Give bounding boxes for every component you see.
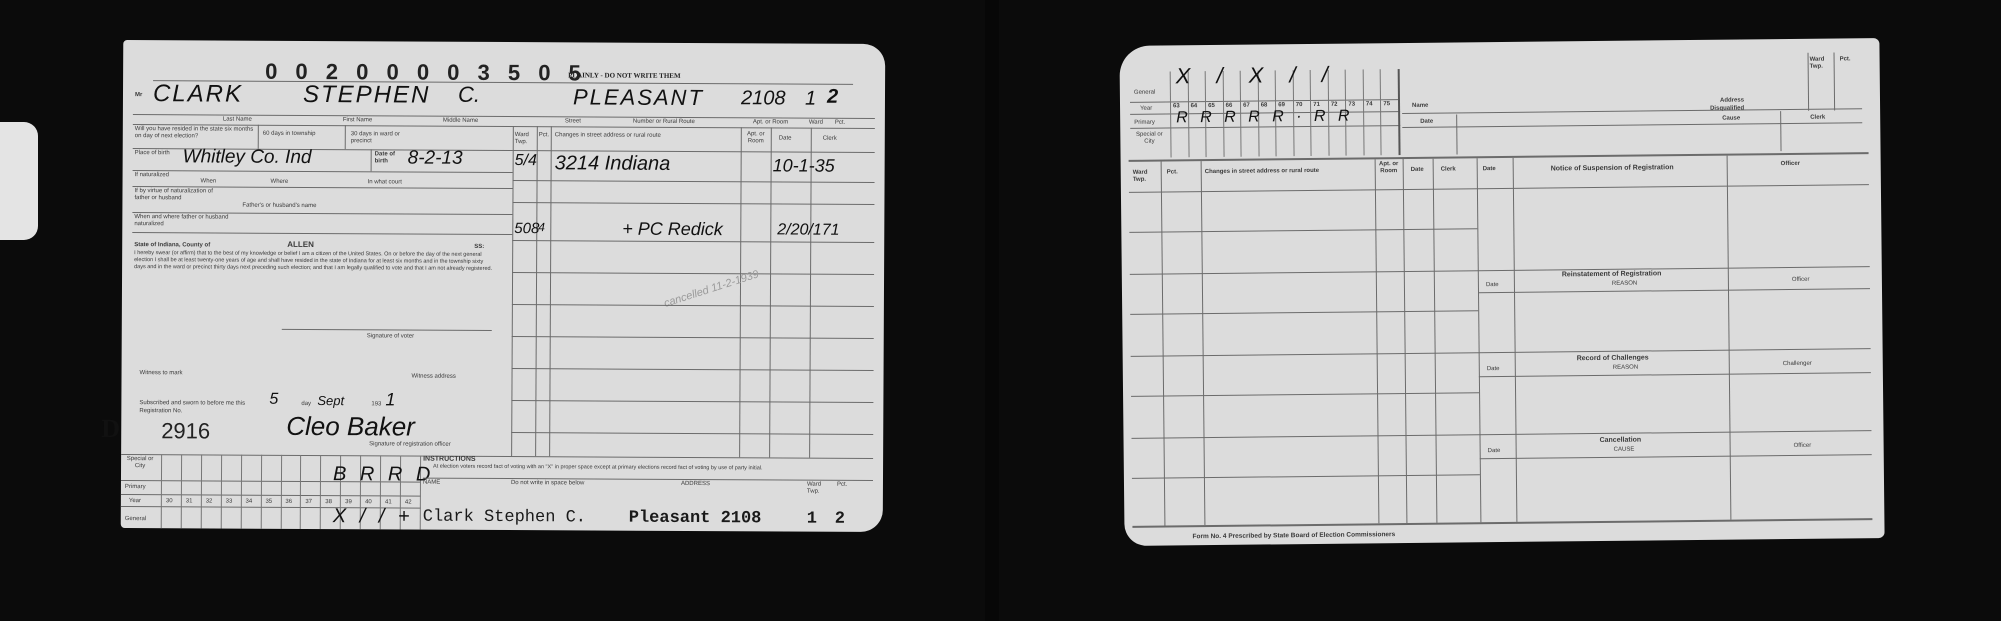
residence-ward-question: 30 days in ward or precinct [351,131,421,145]
cancellation-officer-label: Officer [1794,443,1812,450]
col-address: Changes in street address or rural route [555,132,739,140]
year-cell: 30 [161,454,181,528]
year-label: Year [1140,106,1152,113]
naturalized-where-label: Where [271,179,289,186]
general-marks: X / / + [333,505,414,528]
reinstatement-date-label: Date [1486,282,1499,289]
do-not-write-label: Do not write in space below [511,480,584,487]
cancellation-title: Cancellation [1600,437,1642,444]
date-label: Date [1420,119,1433,126]
year-value: 75 [1383,101,1390,108]
officer-signature: Cleo Baker [286,411,415,443]
apt-label: Apt. or Room [753,119,788,126]
year-cell: 32 [201,454,221,528]
general-marks: X / X / / [1176,62,1338,90]
col-pct: Pct. [1167,169,1178,176]
naturalized-court-label: In what court [368,179,402,186]
general-label: General [125,516,146,523]
registration-number: 2916 [161,418,210,444]
title-prefix: Mr [135,92,142,99]
year-value: 74 [1366,101,1373,108]
witness-mark-label: Witness to mark [140,370,183,377]
year-value: 37 [305,499,312,506]
subscribed-label: Subscribed and sworn to before me this [139,400,245,408]
challenger-label: Challenger [1783,361,1812,368]
year-cell: 33 [220,455,240,529]
year-cell: 36 [280,455,300,529]
typed-name: Clark Stephen C. [423,508,586,528]
year-cell: 37 [300,455,320,529]
middle-name-value: C. [458,82,480,108]
naturalized-label: If naturalized [135,172,195,179]
col-address: Changes in street address or rural route [1205,168,1319,176]
number-label: Number or Rural Route [633,119,695,126]
challenges-title: Record of Challenges [1577,354,1649,362]
col-apt: Apt. or Room [743,131,769,145]
col-clerk: Clerk [1441,166,1456,173]
pct-value: 2 [827,86,838,109]
challenges-reason-label: REASON [1613,365,1638,372]
year-value: 32 [206,498,213,505]
residence-state-question: Will you have resided in the state six m… [135,126,255,141]
father-name-label: Father's or husband's name [242,203,316,210]
table-row: 508 4 + PC Redick 2/20/171 [123,40,885,44]
suspension-officer-label: Officer [1781,161,1800,168]
cause-label: Cause [1722,115,1740,122]
year-value: 38 [325,499,332,506]
year-value: 36 [285,499,292,506]
header-note: PLAINLY - DO NOT WRITE THEM [568,71,681,81]
year-value: 30 [166,498,173,505]
row-ward: 5/4 [515,152,537,170]
year-value: 1 [385,389,395,410]
col-apt: Apt. or Room [1377,161,1401,175]
day-value: 5 [269,391,278,409]
pct-label: Pct. [835,120,845,127]
cancellation-date-label: Date [1488,448,1501,455]
registration-prefix: D [101,414,120,444]
general-label: General [1134,90,1155,97]
col-clerk: Clerk [823,136,837,143]
voter-signature-label: Signature of voter [367,333,414,340]
year-label: Year [129,498,141,505]
last-name-value: CLARK [153,80,243,108]
suspension-date-label: Date [1483,166,1496,173]
middle-name-label: Middle Name [443,118,478,125]
registration-card-back: General Year Primary Special or City 63 … [1119,38,1884,546]
birthplace-label: Place of birth [135,150,175,157]
birthdate-label: Date of birth [375,151,405,165]
reinstatement-officer-label: Officer [1792,277,1810,284]
registration-no-label: Registration No. [139,408,182,415]
address-label: Address [1720,97,1744,104]
county-value: ALLEN [287,241,314,248]
derivative-label: If by virtue of naturalization of father… [134,188,214,202]
registration-card-front: 0 0 2 0 0 0 0 3 5 0 5 PLAINLY - DO NOT W… [121,40,886,532]
month-value: Sept [317,393,344,408]
col-pct: Pct. [539,132,549,139]
first-name-value: STEPHEN [303,81,431,110]
reinstatement-title: Reinstatement of Registration [1562,270,1662,278]
ward-label: Ward Twp. [1810,57,1832,71]
row-address: + PC Redick [622,219,723,241]
birthdate-value: 8-2-13 [408,147,463,169]
typed-pct: 2 [835,510,845,529]
oath-state-county: State of Indiana, County of [134,242,210,249]
reinstatement-reason-label: REASON [1612,281,1637,288]
footer-address-label: ADDRESS [681,481,710,488]
instructions-title: INSTRUCTIONS [423,456,476,463]
row-date: 2/20/171 [777,221,839,239]
primary-label: Primary [1134,120,1155,127]
year-cell: 35 [260,455,280,529]
row-pct: 4 [538,220,545,234]
father-naturalized-label: When and where father or husband natural… [134,214,244,229]
first-name-label: First Name [343,117,372,124]
day-label: day [301,401,311,408]
footer-pct-label: Pct. [837,482,847,489]
witness-address-label: Witness address [412,374,456,381]
frame-divider [985,0,999,621]
ward-value: 1 [805,88,816,111]
suspension-title: Notice of Suspension of Registration [1551,164,1674,172]
year-value: 35 [265,499,272,506]
year-value: 34 [246,499,253,506]
col-date: Date [779,135,792,142]
typed-address: Pleasant 2108 [629,509,762,529]
officer-signature-label: Signature of registration officer [369,441,451,448]
year-cell: 74 [1363,69,1381,155]
row-address: 3214 Indiana [555,152,671,176]
film-edge-tab [0,122,38,240]
footer-ward-label: Ward Twp. [807,482,827,496]
pct-label: Pct. [1840,56,1851,63]
faint-cancel-note: cancelled 11-2-1939 [663,268,761,309]
col-ward: Ward Twp. [515,132,537,146]
birthplace-value: Whitley Co. Ind [183,146,312,169]
year-cell: 75 [1380,69,1400,155]
col-date: Date [1411,167,1424,174]
year-cell: 34 [240,455,260,529]
primary-marks: R R R R R · R R [1176,108,1354,128]
row-ward: 508 [514,220,539,237]
naturalized-when-label: When [201,178,217,185]
primary-label: Primary [125,484,146,491]
house-number-value: 2108 [741,87,786,110]
year-prefix: 193 [371,401,381,408]
year-value: 31 [186,498,193,505]
col-ward: Ward Twp. [1133,170,1157,184]
special-city-label: Special or City [125,456,155,470]
year-value: 33 [226,499,233,506]
cancellation-cause-label: CAUSE [1614,447,1635,454]
special-city-label: Special or City [1134,132,1164,146]
table-row: 5/4 3214 Indiana 10-1-35 [123,40,885,44]
typed-ward: 1 [807,510,817,529]
oath-text: I hereby swear (or affirm) that to the b… [134,250,496,273]
primary-marks: B R R D [333,463,434,487]
form-footer: Form No. 4 Prescribed by State Board of … [1193,531,1396,540]
footer-name-label: NAME [423,480,440,487]
street-value: PLEASANT [573,84,704,111]
challenges-date-label: Date [1487,366,1500,373]
ward-label: Ward [809,120,823,127]
name-label: Name [1412,103,1428,110]
instructions-text: At election voters record fact of voting… [433,464,853,473]
row-date: 10-1-35 [773,155,835,176]
last-name-label: Last Name [223,117,252,124]
residence-township-question: 60 days in township [263,131,323,138]
street-label: Street [565,118,581,125]
clerk-label: Clerk [1810,115,1825,122]
year-cell: 31 [181,454,201,528]
ss-label: SS: [474,244,484,251]
